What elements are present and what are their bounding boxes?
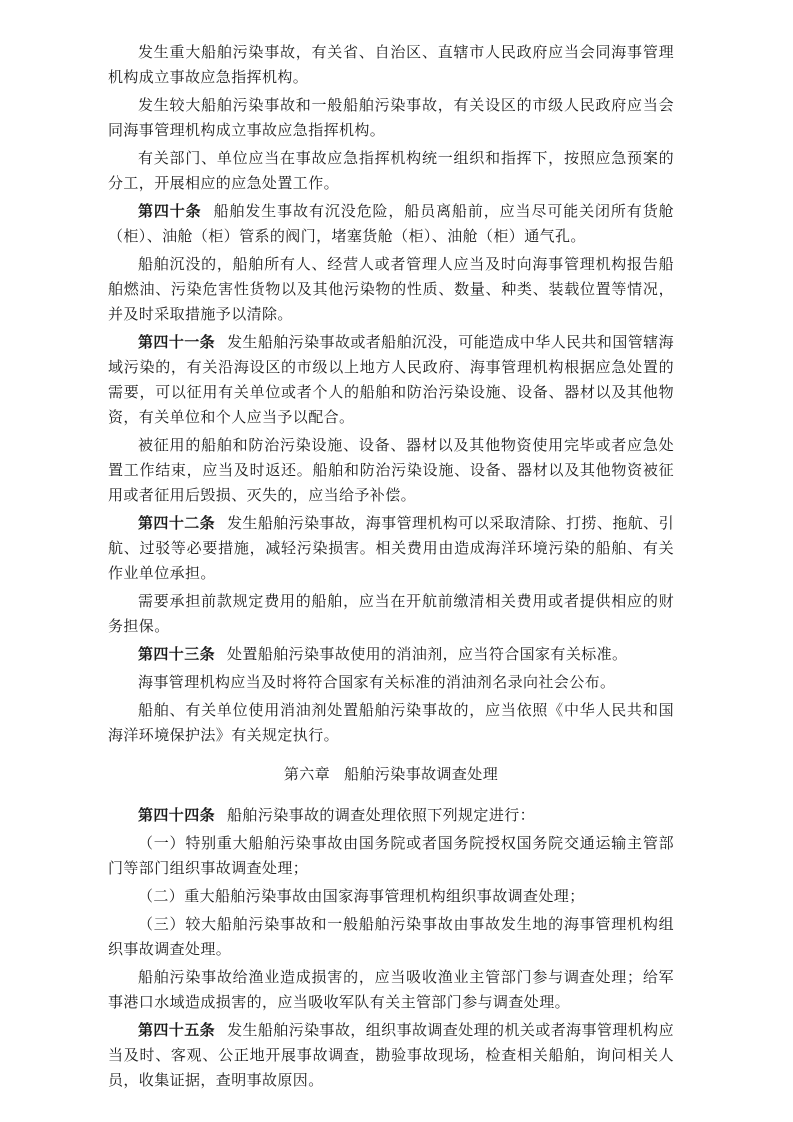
article-label: 第四十五条: [138, 1021, 215, 1039]
paragraph: 需要承担前款规定费用的船舶，应当在开航前缴清相关费用或者提供相应的财务担保。: [108, 589, 674, 639]
article-label: 第四十二条: [138, 514, 215, 532]
article-label: 第四十一条: [138, 333, 215, 351]
article-label: 第四十三条: [138, 645, 215, 663]
paragraph: 船舶污染事故给渔业造成损害的，应当吸收渔业主管部门参与调查处理；给军事港口水域造…: [108, 965, 674, 1015]
paragraph: 被征用的船舶和防治污染设施、设备、器材以及其他物资使用完毕或者应急处置工作结束，…: [108, 433, 674, 508]
article-43: 第四十三条处置船舶污染事故使用的消油剂，应当符合国家有关标准。: [108, 642, 674, 667]
paragraph: 发生重大船舶污染事故，有关省、自治区、直辖市人民政府应当会同海事管理机构成立事故…: [108, 40, 674, 90]
chapter-title: 船舶污染事故调查处理: [344, 765, 498, 783]
article-label: 第四十条: [138, 202, 202, 220]
article-text: 处置船舶污染事故使用的消油剂，应当符合国家有关标准。: [227, 645, 627, 663]
article-label: 第四十四条: [138, 806, 215, 824]
chapter-number: 第六章: [284, 765, 330, 783]
article-text: 船舶污染事故的调查处理依照下列规定进行：: [227, 806, 535, 824]
paragraph: 船舶沉没的，船舶所有人、经营人或者管理人应当及时向海事管理机构报告船舶燃油、污染…: [108, 252, 674, 327]
article-42: 第四十二条发生船舶污染事故，海事管理机构可以采取清除、打捞、拖航、引航、过驳等必…: [108, 511, 674, 586]
article-44: 第四十四条船舶污染事故的调查处理依照下列规定进行：: [108, 803, 674, 828]
paragraph: 发生较大船舶污染事故和一般船舶污染事故，有关设区的市级人民政府应当会同海事管理机…: [108, 93, 674, 143]
article-41: 第四十一条发生船舶污染事故或者船舶沉没，可能造成中华人民共和国管辖海域污染的，有…: [108, 330, 674, 430]
paragraph: 船舶、有关单位使用消油剂处置船舶污染事故的，应当依照《中华人民共和国海洋环境保护…: [108, 698, 674, 748]
article-40: 第四十条船舶发生事故有沉没危险，船员离船前，应当尽可能关闭所有货舱（柜）、油舱（…: [108, 199, 674, 249]
paragraph: 海事管理机构应当及时将符合国家有关标准的消油剂名录向社会公布。: [108, 670, 674, 695]
list-item: （一）特别重大船舶污染事故由国务院或者国务院授权国务院交通运输主管部门等部门组织…: [108, 831, 674, 881]
list-item: （三）较大船舶污染事故和一般船舶污染事故由事故发生地的海事管理机构组织事故调查处…: [108, 912, 674, 962]
document-page: 发生重大船舶污染事故，有关省、自治区、直辖市人民政府应当会同海事管理机构成立事故…: [108, 40, 674, 1096]
paragraph: 有关部门、单位应当在事故应急指挥机构统一组织和指挥下，按照应急预案的分工，开展相…: [108, 146, 674, 196]
article-45: 第四十五条发生船舶污染事故，组织事故调查处理的机关或者海事管理机构应当及时、客观…: [108, 1018, 674, 1093]
list-item: （二）重大船舶污染事故由国家海事管理机构组织事故调查处理；: [108, 884, 674, 909]
chapter-heading: 第六章船舶污染事故调查处理: [108, 762, 674, 787]
